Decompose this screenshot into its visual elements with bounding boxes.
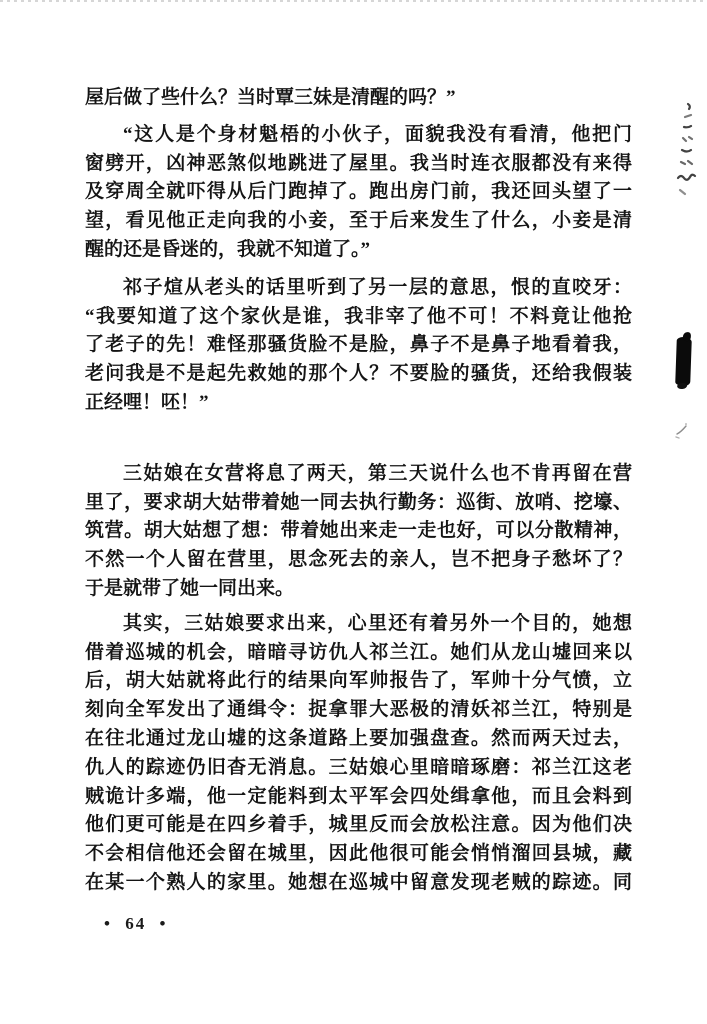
text-line: 望，看见他正走向我的小妾，至于后来发生了什么，小妾是清 xyxy=(85,207,632,236)
paragraph-continuation: 屋后做了些什么？当时覃三妹是清醒的吗？” xyxy=(85,84,632,113)
text-line: 筑营。胡大姑想了想：带着她出来走一走也好，可以分散精神， xyxy=(85,517,632,546)
text-line: 仇人的踪迹仍旧杳无消息。三姑娘心里暗暗琢磨：祁兰江这老 xyxy=(85,754,632,783)
text-line: 醒的还是昏迷的，我就不知道了。” xyxy=(85,236,632,265)
text-line: 刻向全军发出了通缉令：捉拿罪大恶极的清妖祁兰江，特别是 xyxy=(85,696,632,725)
text-line: 正经哩！呸！” xyxy=(85,389,632,418)
text-line: 了老子的先！难怪那骚货脸不是脸，鼻子不是鼻子地看着我， xyxy=(85,331,632,360)
text-line: 于是就带了她一同出来。 xyxy=(85,575,632,604)
text-line: 窗劈开，凶神恶煞似地跳进了屋里。我当时连衣服都没有来得 xyxy=(85,150,632,179)
text-line: 里了，要求胡大姑带着她一同去执行勤务：巡街、放哨、挖壕、 xyxy=(85,489,632,518)
text-line: 三姑娘在女营将息了两天，第三天说什么也不肯再留在营 xyxy=(85,460,632,489)
text-line: 及穿周全就吓得从后门跑掉了。跑出房门前，我还回头望了一 xyxy=(85,178,632,207)
text-line: “我要知道了这个家伙是谁，我非宰了他不可！不料竟让他抢 xyxy=(85,303,632,332)
text-line: 贼诡计多端，他一定能料到太平军会四处缉拿他，而且会料到 xyxy=(85,783,632,812)
text-block: 屋后做了些什么？当时覃三妹是清醒的吗？” “这人是个身材魁梧的小伙子，面貌我没有… xyxy=(85,84,632,898)
page-number: • 64 • xyxy=(104,914,167,934)
text-line: 后，胡大姑就将此行的结果向军帅报告了，军帅十分气愤，立 xyxy=(85,667,632,696)
paragraph-sanguniang-camp: 三姑娘在女营将息了两天，第三天说什么也不肯再留在营 里了，要求胡大姑带着她一同去… xyxy=(85,460,632,604)
margin-scribble-mark xyxy=(672,100,700,198)
text-line: 老问我是不是起先救她的那个人？不要脸的骚货，还给我假装 xyxy=(85,360,632,389)
text-line: 他们更可能是在四乡着手，城里反而会放松注意。因为他们决 xyxy=(85,811,632,840)
text-line: 其实，三姑娘要求出来，心里还有着另外一个目的，她想 xyxy=(85,610,632,639)
scan-edge-line xyxy=(0,0,707,2)
text-line: 不会相信他还会留在城里，因此他很可能会悄悄溜回县城，藏 xyxy=(85,840,632,869)
pen-scratch-mark xyxy=(672,420,692,440)
text-line: 不然一个人留在营里，思念死去的亲人，岂不把身子愁坏了？ xyxy=(85,546,632,575)
paragraph-dialog-old-man: “这人是个身材魁梧的小伙子，面貌我没有看清，他把门 窗劈开，凶神恶煞似地跳进了屋… xyxy=(85,121,632,265)
scanned-book-page: { "document": { "paragraphs": [ { "lines… xyxy=(0,0,707,1024)
paragraph-qizixuan: 祁子煊从老头的话里听到了另一层的意思，恨的直咬牙： “我要知道了这个家伙是谁，我… xyxy=(85,274,632,418)
text-line: 祁子煊从老头的话里听到了另一层的意思，恨的直咬牙： xyxy=(85,274,632,303)
text-line: “这人是个身材魁梧的小伙子，面貌我没有看清，他把门 xyxy=(85,121,632,150)
ink-blot-mark xyxy=(675,337,692,386)
text-line: 屋后做了些什么？当时覃三妹是清醒的吗？” xyxy=(85,84,632,113)
paragraph-search-for-enemy: 其实，三姑娘要求出来，心里还有着另外一个目的，她想 借着巡城的机会，暗暗寻访仇人… xyxy=(85,610,632,898)
text-line: 借着巡城的机会，暗暗寻访仇人祁兰江。她们从龙山墟回来以 xyxy=(85,639,632,668)
text-line: 在某一个熟人的家里。她想在巡城中留意发现老贼的踪迹。同 xyxy=(85,869,632,898)
text-line: 在往北通过龙山墟的这条道路上要加强盘查。然而两天过去， xyxy=(85,725,632,754)
